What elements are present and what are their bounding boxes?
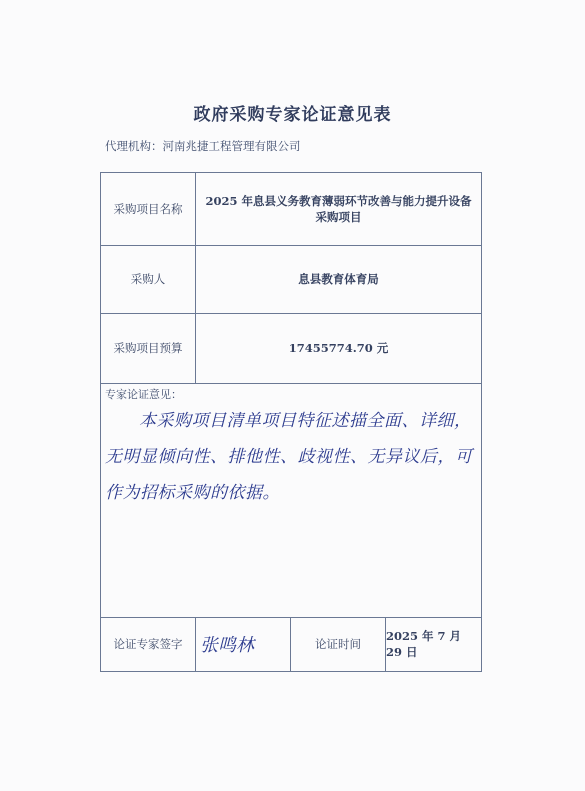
agency-line: 代理机构：河南兆捷工程管理有限公司: [105, 138, 301, 154]
purchaser-label: 采购人: [101, 245, 196, 313]
handwritten-opinion: 本采购项目清单项目特征述描全面、详细，无明显倾向性、排他性、歧视性、无异议后，可…: [105, 403, 475, 511]
row-budget: 采购项目预算 17455774.70 元: [101, 313, 481, 384]
project-name-value: 2025 年息县义务教育薄弱环节改善与能力提升设备采购项目: [196, 173, 481, 245]
project-name-label: 采购项目名称: [101, 173, 196, 245]
opinion-table: 采购项目名称 2025 年息县义务教育薄弱环节改善与能力提升设备采购项目 采购人…: [100, 172, 482, 672]
row-signature: 论证专家签字 张鸣林 论证时间 2025 年 7 月 29 日: [101, 617, 481, 671]
expert-signature: 张鸣林: [196, 617, 291, 671]
opinion-label: 专家论证意见：: [105, 386, 182, 402]
budget-value: 17455774.70 元: [196, 313, 481, 383]
row-project-name: 采购项目名称 2025 年息县义务教育薄弱环节改善与能力提升设备采购项目: [101, 173, 481, 246]
budget-label: 采购项目预算: [101, 313, 196, 383]
document-title: 政府采购专家论证意见表: [0, 100, 585, 125]
purchaser-value: 息县教育体育局: [196, 245, 481, 313]
signature-label: 论证专家签字: [101, 617, 196, 671]
time-label: 论证时间: [291, 617, 386, 671]
row-opinion: 专家论证意见： 本采购项目清单项目特征述描全面、详细，无明显倾向性、排他性、歧视…: [101, 383, 481, 618]
row-purchaser: 采购人 息县教育体育局: [101, 245, 481, 314]
time-value: 2025 年 7 月 29 日: [386, 617, 481, 671]
